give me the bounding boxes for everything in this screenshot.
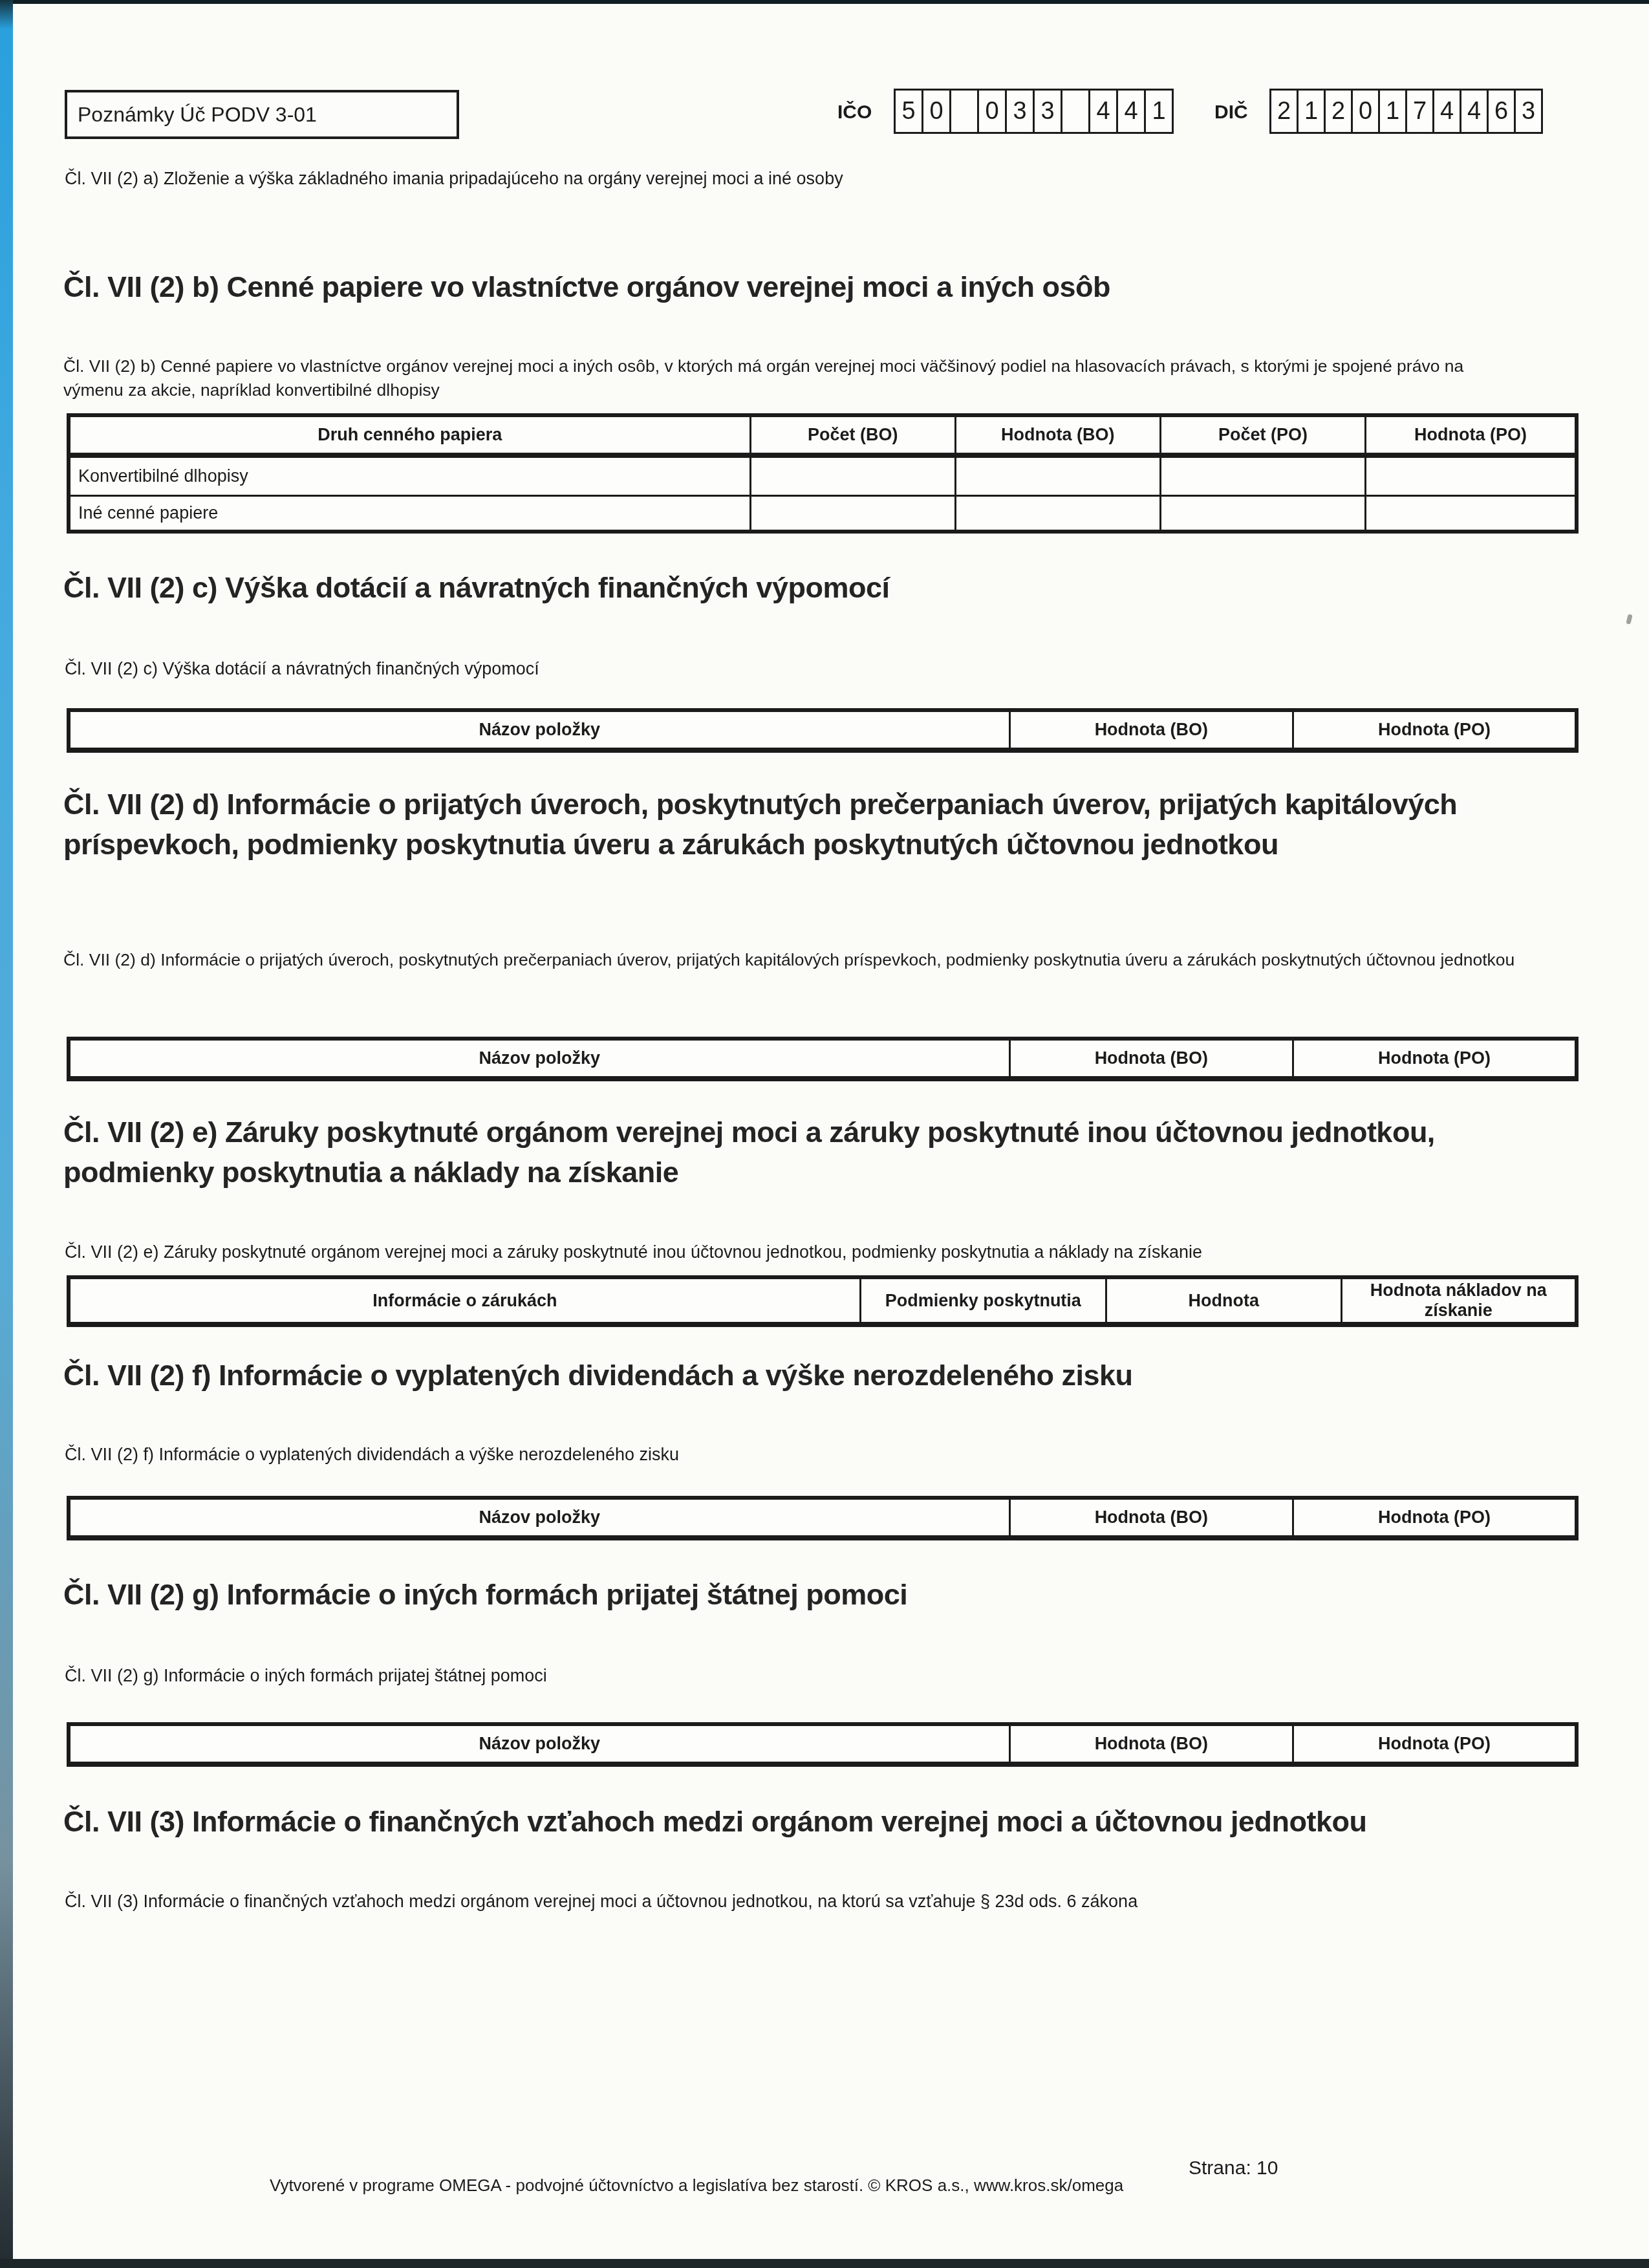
dic-digit-cell: 2: [1269, 89, 1299, 134]
dic-digit-cell: 3: [1514, 89, 1543, 134]
ico-digit-cell: 0: [977, 89, 1007, 134]
column-header: Hodnota: [1106, 1277, 1341, 1324]
section-c-description: Čl. VII (2) c) Výška dotácií a návratnýc…: [65, 657, 539, 680]
table-header-row: Názov položky Hodnota (BO) Hodnota (PO): [69, 710, 1577, 750]
ico-digit-cell: 3: [1033, 89, 1062, 134]
page-number: Strana: 10: [1189, 2157, 1278, 2179]
ico-boxes: 5 0 0 3 3 4 4 1: [894, 89, 1174, 134]
dividends-table: Názov položky Hodnota (BO) Hodnota (PO): [67, 1496, 1579, 1540]
column-header: Hodnota (PO): [1293, 710, 1577, 750]
section-3-description: Čl. VII (3) Informácie o finančných vzťa…: [65, 1890, 1137, 1913]
guarantees-table: Informácie o zárukách Podmienky poskytnu…: [67, 1275, 1579, 1327]
form-title: Poznámky Úč PODV 3-01: [78, 103, 317, 127]
column-header: Hodnota (BO): [1009, 710, 1293, 750]
dic-digit-cell: 0: [1351, 89, 1380, 134]
section-g-description: Čl. VII (2) g) Informácie o iných formác…: [65, 1664, 547, 1687]
ico-digit-cell: 4: [1116, 89, 1146, 134]
empty-cell: [1160, 455, 1365, 495]
table-row: Iné cenné papiere: [69, 495, 1577, 532]
ico-label: IČO: [837, 102, 872, 124]
column-header: Hodnota (PO): [1365, 415, 1577, 455]
column-header: Hodnota (BO): [1009, 1039, 1293, 1079]
column-header: Hodnota (PO): [1293, 1498, 1577, 1538]
table-header-row: Názov položky Hodnota (BO) Hodnota (PO): [69, 1039, 1577, 1079]
table-header-row: Názov položky Hodnota (BO) Hodnota (PO): [69, 1724, 1577, 1764]
ico-separator-cell: [1061, 89, 1090, 134]
section-f-heading: Čl. VII (2) f) Informácie o vyplatených …: [63, 1355, 1564, 1396]
column-header: Názov položky: [69, 1498, 1009, 1538]
dic-label: DIČ: [1214, 102, 1248, 124]
dic-digit-cell: 6: [1487, 89, 1516, 134]
footer-credit: Vytvorené v programe OMEGA - podvojné úč…: [270, 2176, 1123, 2196]
empty-cell: [1365, 495, 1577, 532]
scan-artifact: [1626, 614, 1632, 624]
section-b-description: Čl. VII (2) b) Cenné papiere vo vlastníc…: [63, 354, 1499, 402]
form-title-box: Poznámky Úč PODV 3-01: [65, 90, 459, 139]
section-f-description: Čl. VII (2) f) Informácie o vyplatených …: [65, 1443, 679, 1466]
column-header: Počet (BO): [750, 415, 955, 455]
row-label: Iné cenné papiere: [69, 495, 750, 532]
empty-cell: [1160, 495, 1365, 532]
empty-cell: [1365, 455, 1577, 495]
section-e-heading: Čl. VII (2) e) Záruky poskytnuté orgánom…: [63, 1112, 1551, 1193]
dic-boxes: 2 1 2 0 1 7 4 4 6 3: [1269, 89, 1543, 134]
loans-table: Názov položky Hodnota (BO) Hodnota (PO): [67, 1037, 1579, 1081]
ico-digit-cell: 5: [894, 89, 923, 134]
empty-cell: [955, 495, 1160, 532]
empty-cell: [750, 455, 955, 495]
row-label: Konvertibilné dlhopisy: [69, 455, 750, 495]
column-header: Hodnota (BO): [955, 415, 1160, 455]
scan-edge-left: [0, 0, 13, 2268]
column-header: Hodnota (PO): [1293, 1724, 1577, 1764]
dic-digit-cell: 1: [1378, 89, 1407, 134]
dic-digit-cell: 1: [1297, 89, 1326, 134]
column-header: Hodnota (BO): [1009, 1498, 1293, 1538]
state-aid-table: Názov položky Hodnota (BO) Hodnota (PO): [67, 1722, 1579, 1767]
section-a-note: Čl. VII (2) a) Zloženie a výška základné…: [65, 167, 843, 190]
column-header: Podmienky poskytnutia: [860, 1277, 1106, 1324]
column-header: Názov položky: [69, 1724, 1009, 1764]
section-b-heading: Čl. VII (2) b) Cenné papiere vo vlastníc…: [63, 267, 1564, 307]
securities-table: Druh cenného papiera Počet (BO) Hodnota …: [67, 413, 1579, 534]
table-header-row: Informácie o zárukách Podmienky poskytnu…: [69, 1277, 1577, 1324]
securities-table-header-row: Druh cenného papiera Počet (BO) Hodnota …: [69, 415, 1577, 455]
column-header: Počet (PO): [1160, 415, 1365, 455]
section-3-heading: Čl. VII (3) Informácie o finančných vzťa…: [63, 1802, 1628, 1842]
dic-digit-cell: 2: [1324, 89, 1353, 134]
section-d-description: Čl. VII (2) d) Informácie o prijatých úv…: [63, 948, 1570, 972]
section-c-heading: Čl. VII (2) c) Výška dotácií a návratnýc…: [63, 568, 1564, 608]
ico-digit-cell: 0: [921, 89, 951, 134]
section-g-heading: Čl. VII (2) g) Informácie o iných formác…: [63, 1575, 1564, 1615]
ico-digit-cell: 1: [1144, 89, 1174, 134]
section-d-heading: Čl. VII (2) d) Informácie o prijatých úv…: [63, 784, 1551, 865]
dic-digit-cell: 4: [1460, 89, 1489, 134]
dic-digit-cell: 4: [1432, 89, 1461, 134]
column-header: Druh cenného papiera: [69, 415, 750, 455]
empty-cell: [750, 495, 955, 532]
column-header: Názov položky: [69, 1039, 1009, 1079]
table-header-row: Názov položky Hodnota (BO) Hodnota (PO): [69, 1498, 1577, 1538]
ico-separator-cell: [949, 89, 979, 134]
table-row: Konvertibilné dlhopisy: [69, 455, 1577, 495]
column-header: Hodnota (PO): [1293, 1039, 1577, 1079]
scan-edge-bottom: [0, 2259, 1649, 2268]
scanned-form-page: Poznámky Úč PODV 3-01 IČO 5 0 0 3 3 4 4 …: [0, 0, 1649, 2268]
subsidies-table: Názov položky Hodnota (BO) Hodnota (PO): [67, 708, 1579, 753]
column-header: Názov položky: [69, 710, 1009, 750]
scan-edge-top: [0, 0, 1649, 4]
dic-digit-cell: 7: [1405, 89, 1434, 134]
column-header: Hodnota (BO): [1009, 1724, 1293, 1764]
ico-digit-cell: 4: [1088, 89, 1118, 134]
column-header: Informácie o zárukách: [69, 1277, 860, 1324]
ico-digit-cell: 3: [1005, 89, 1035, 134]
empty-cell: [955, 455, 1160, 495]
column-header: Hodnota nákladov na získanie: [1341, 1277, 1577, 1324]
section-e-description: Čl. VII (2) e) Záruky poskytnuté orgánom…: [65, 1240, 1202, 1264]
